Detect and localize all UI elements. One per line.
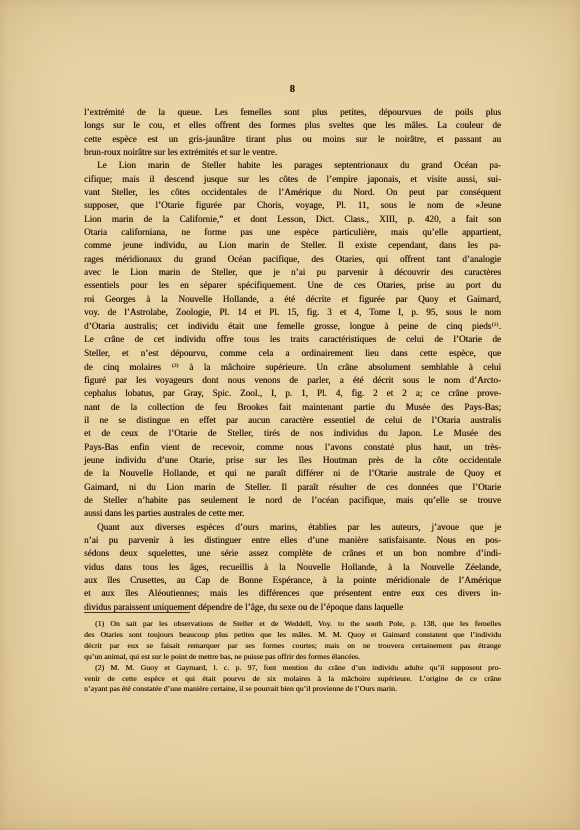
text-line: voy. de l’Astrolabe, Zoologie, Pl. 14 et…: [84, 306, 501, 319]
footnotes-text: (1) On sait par les observations de Stel…: [84, 619, 501, 695]
text-line: Gaimard, ni du Lion marin de Steller. Il…: [84, 481, 501, 494]
footnote-line: décrit par eux se faisait remarquer par …: [84, 641, 501, 652]
text-line: aussi dans les parties australes de cett…: [84, 507, 501, 520]
text-line: comme jeune individu, au Lion marin de S…: [84, 239, 501, 252]
text-line: figuré par les voyageurs dont nous venon…: [84, 374, 501, 387]
text-line: de la Nouvelle Hollande, et qui ne paraî…: [84, 467, 501, 480]
text-line: longs sur le cou, et elles offrent des f…: [84, 119, 501, 132]
text-line: nant de la collection de feu Brookes fai…: [84, 401, 501, 414]
text-line: sédons deux squelettes, une série assez …: [84, 547, 501, 560]
text-line: cette espèce est un gris-jaunâtre tirant…: [84, 133, 501, 146]
footnotes-block: (1) On sait par les observations de Stel…: [84, 612, 501, 695]
text-line: vidus dans tous les âges, recueillis à l…: [84, 561, 501, 574]
footnote-marker: (2): [171, 363, 178, 369]
footnote-line: (1) On sait par les observations de Stel…: [84, 619, 501, 630]
footnote-marker: (1): [491, 322, 498, 328]
text-line: Quant aux diverses espèces d’ours marins…: [84, 521, 501, 534]
footnote-line: n’ayant pas été constatée d’une manière …: [84, 684, 501, 695]
text-line: d’Otaria australis; cet individu était u…: [84, 319, 501, 333]
footnote-line: venir de cette espèce et qui était pourv…: [84, 674, 501, 685]
text-line: de Steller n’habite pas seulement le nor…: [84, 494, 501, 507]
text-line: supposer, que l’Otarie figurée par Chori…: [84, 199, 501, 212]
text-line: brun-roux noirâtre sur les extrémités et…: [84, 146, 501, 159]
page-number: 8: [84, 84, 501, 95]
text-line: roi Georges à la Nouvelle Hollande, a ét…: [84, 293, 501, 306]
text-line: Le crâne de cet individu offre tous les …: [84, 333, 501, 346]
text-line: avec le Lion marin de Steller, que je n’…: [84, 266, 501, 279]
text-line: Pays-Bas enfin vient de recevoir, comme …: [84, 441, 501, 454]
text-line: il ne se distingue en effet par aucun ca…: [84, 414, 501, 427]
text-line: cifique; mais il descend jusque sur les …: [84, 173, 501, 186]
body-text-block: l’extrémité de la queue. Les femelles so…: [84, 106, 501, 614]
text-line: aux îles Crusettes, au Cap de Bonne Espé…: [84, 574, 501, 587]
text-line: et de ceux de l’Otarie de Steller, tirés…: [84, 427, 501, 440]
footnote-line: (2) M. M. Guoy et Gaymard, l. c. p. 97, …: [84, 663, 501, 674]
text-line: rages méridionaux du grand Océan pacifiq…: [84, 253, 501, 266]
text-line: et aux îles Aléoutiennes; mais les diffé…: [84, 587, 501, 600]
text-line: l’extrémité de la queue. Les femelles so…: [84, 106, 501, 119]
footnote-line: des Otaries sont toujours beaucoup plus …: [84, 630, 501, 641]
text-line: de cinq molaires (2) à la mâchoire supér…: [84, 360, 501, 374]
footnote-separator: [84, 612, 190, 613]
text-line: Lion marin de la Californie,” et dont Le…: [84, 213, 501, 226]
text-line: vant Steller, les côtes occidentales de …: [84, 186, 501, 199]
text-line: cephalus lobatus, par Gray, Spic. Zool.,…: [84, 387, 501, 400]
text-line: n’ai pu parvenir à les distinguer entre …: [84, 534, 501, 547]
footnote-line: qu’un animal, qui est sur le point de me…: [84, 652, 501, 663]
text-line: essentiels pour les en séparer spécifiqu…: [84, 279, 501, 292]
text-line: Steller, et n’est dépourvu, comme cela a…: [84, 347, 501, 360]
text-line: Le Lion marin de Steller habite les para…: [84, 159, 501, 172]
scanned-book-page: 8 l’extrémité de la queue. Les femelles …: [0, 0, 580, 830]
text-line: jeune individu d’une Otarie, prise sur l…: [84, 454, 501, 467]
text-line: Otaria californiana, ne forme pas une es…: [84, 226, 501, 239]
